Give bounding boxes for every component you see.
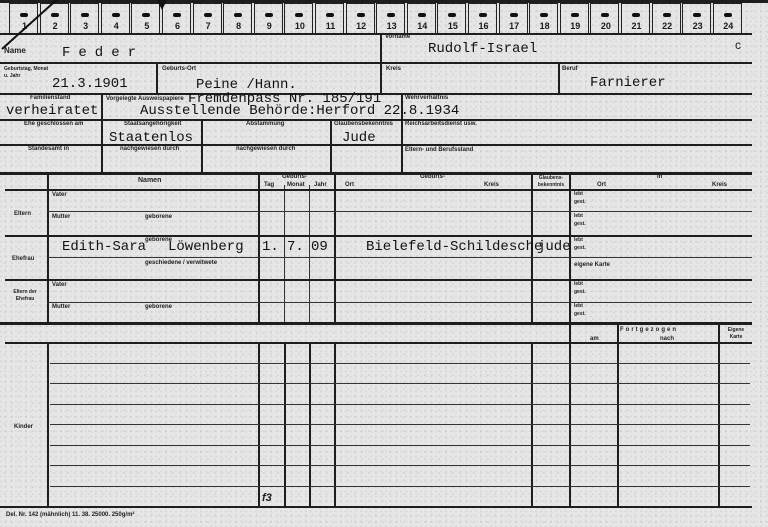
kinder-row-line <box>50 465 750 466</box>
vater-label: Vater <box>52 192 67 199</box>
punch-slot-icon <box>724 13 732 17</box>
lebt-label: lebt <box>574 281 583 288</box>
punch-slot-icon <box>540 13 548 17</box>
ehefrau-label: Ehefrau <box>12 256 34 263</box>
punch-slot-icon <box>693 13 701 17</box>
punch-slot-icon <box>510 13 518 17</box>
punch-hole-20: 20 <box>590 3 619 33</box>
arrow-marker-icon <box>157 0 167 10</box>
gest-label: gest. <box>574 199 586 206</box>
vorname-value: Rudolf-Israel <box>428 42 537 57</box>
punch-slot-icon <box>295 13 303 17</box>
name-value: Feder <box>62 46 144 61</box>
punch-slot-icon <box>81 13 89 17</box>
col-namen-header: Namen <box>138 177 161 184</box>
punch-number: 13 <box>377 21 406 31</box>
punch-hole-19: 19 <box>560 3 589 33</box>
col-geburts-header: Geburts- <box>282 174 307 181</box>
col-glaubens-header: Glaubens-bekenntnis <box>534 175 568 189</box>
eltern-ehefrau-label: Eltern der Ehefrau <box>10 289 40 303</box>
punch-number: 5 <box>132 21 161 31</box>
punch-hole-21: 21 <box>621 3 650 33</box>
punch-number: 12 <box>347 21 376 31</box>
col-jahr-header: Jahr <box>314 182 327 189</box>
jewish-registration-card: 123456789101112131415161718192021222324 … <box>0 0 768 527</box>
eigene-karte-label: eigene Karte <box>574 262 610 269</box>
lebt-label: lebt <box>574 303 583 310</box>
punch-hole-11: 11 <box>315 3 344 33</box>
geborene-label-1: geborene <box>145 214 172 221</box>
punch-slot-icon <box>448 13 456 17</box>
staatsangehoerigkeit-label: Staatsangehörigkeit <box>124 121 181 128</box>
ehefrau-nachname: Löwenberg <box>168 240 244 255</box>
punch-number: 23 <box>683 21 712 31</box>
punch-hole-14: 14 <box>407 3 436 33</box>
lebt-label: lebt <box>574 237 583 244</box>
punch-hole-23: 23 <box>682 3 711 33</box>
name-label: Name <box>4 47 26 54</box>
punch-slot-icon <box>142 13 150 17</box>
nachgewiesen-label-1: nachgewiesen durch <box>120 146 179 153</box>
kinder-row-line <box>50 383 750 384</box>
punch-hole-12: 12 <box>346 3 375 33</box>
punch-hole-8: 8 <box>223 3 252 33</box>
punch-number: 3 <box>71 21 100 31</box>
punch-hole-17: 17 <box>499 3 528 33</box>
punch-hole-24: 24 <box>713 3 742 33</box>
nachgewiesen-label-2: nachgewiesen durch <box>236 146 295 153</box>
punch-number: 21 <box>622 21 651 31</box>
familienstand-label: Familienstand <box>30 95 70 102</box>
reichsarbeitsdienst-label: Reichsarbeitsdienst usw. <box>405 121 477 128</box>
punch-slot-icon <box>112 13 120 17</box>
punch-slot-icon <box>265 13 273 17</box>
col-geburts2-header: Geburts- <box>420 174 445 181</box>
handwritten-mark: c <box>735 38 741 52</box>
ehefrau-ort: Bielefeld-Schildesche <box>366 240 542 255</box>
staatsangehoerigkeit-value: Staatenlos <box>109 131 193 146</box>
punch-hole-16: 16 <box>468 3 497 33</box>
lebt-label: lebt <box>574 191 583 198</box>
punch-slot-icon <box>387 13 395 17</box>
standesamt-label: Standesamt in <box>28 146 69 153</box>
geburtsort-label: Geburts-Ort <box>162 66 196 73</box>
punch-hole-3: 3 <box>70 3 99 33</box>
punch-hole-13: 13 <box>376 3 405 33</box>
familienstand-value: verheiratet <box>6 104 98 119</box>
gest-label: gest. <box>574 221 586 228</box>
vorname-label: Vorname <box>385 34 410 41</box>
punch-slot-icon <box>20 13 28 17</box>
punch-hole-2: 2 <box>40 3 69 33</box>
beruf-label: Beruf <box>562 66 578 73</box>
punch-slot-icon <box>632 13 640 17</box>
punch-number: 11 <box>316 21 345 31</box>
col-ort-header: Ort <box>345 182 354 189</box>
punch-hole-9: 9 <box>254 3 283 33</box>
abstammung-label: Abstammung <box>246 121 284 128</box>
punch-slot-icon <box>357 13 365 17</box>
kinder-label: Kinder <box>14 424 33 431</box>
geburtstag-label: Geburtstag, Monat u. Jahr <box>4 66 52 80</box>
ehefrau-jahr: 09 <box>311 240 328 255</box>
ehefrau-vorname: Edith-Sara <box>62 240 146 255</box>
eigene-karte-header: Eigene Karte <box>722 327 750 341</box>
geschiedene-label: geschiedene / verwitwete <box>145 260 217 267</box>
geburtstag-value: 21.3.1901 <box>52 77 128 92</box>
punch-hole-15: 15 <box>437 3 466 33</box>
glaubensbekenntnis-label: Glaubensbekenntnis <box>334 121 393 128</box>
eltern-berufsstand-label: Eltern- und Berufsstand <box>405 147 473 154</box>
punch-hole-7: 7 <box>193 3 222 33</box>
punch-number: 15 <box>438 21 467 31</box>
punch-slot-icon <box>418 13 426 17</box>
am-label: am <box>590 336 599 343</box>
punch-slot-icon <box>571 13 579 17</box>
punch-number: 6 <box>163 21 192 31</box>
col-ort2-header: Ort <box>597 182 606 189</box>
gest-label: gest. <box>574 245 586 252</box>
print-note: Del. Nr. 142 (mähnlich) 11. 38. 25000. 2… <box>6 512 134 519</box>
ehe-label: Ehe geschlossen am <box>24 121 83 128</box>
col-kreis-header: Kreis <box>484 182 499 189</box>
kinder-row-line <box>50 445 750 446</box>
punch-number: 10 <box>285 21 314 31</box>
ausweispapiere-line2: Ausstellende Behörde:Herford 22.8.1934 <box>140 104 459 119</box>
glaubensbekenntnis-value: Jude <box>342 131 376 146</box>
nach-label: nach <box>660 336 674 343</box>
ehefrau-monat: 7. <box>287 240 304 255</box>
geborene-label-3: geborene <box>145 304 172 311</box>
punch-number: 4 <box>102 21 131 31</box>
gest-label: gest. <box>574 311 586 318</box>
punch-slot-icon <box>173 13 181 17</box>
mutter-label: Mutter <box>52 214 70 221</box>
fortgezogen-label: Fortgezogen <box>620 327 678 334</box>
punch-number: 9 <box>255 21 284 31</box>
punch-number: 16 <box>469 21 498 31</box>
punch-slot-icon <box>601 13 609 17</box>
col-kreis2-header: Kreis <box>712 182 727 189</box>
punch-hole-22: 22 <box>652 3 681 33</box>
gest-label: gest. <box>574 289 586 296</box>
col-tag-header: Tag <box>264 182 274 189</box>
lebt-label: lebt <box>574 213 583 220</box>
eltern-label: Eltern <box>14 211 31 218</box>
punch-number: 7 <box>194 21 223 31</box>
ausweispapiere-label: Vorgelegte Ausweispapiere <box>106 96 184 103</box>
punch-number: 14 <box>408 21 437 31</box>
ehefrau-glaube: jude <box>537 240 571 255</box>
punch-number: 24 <box>714 21 743 31</box>
punch-hole-4: 4 <box>101 3 130 33</box>
punch-slot-icon <box>663 13 671 17</box>
punch-number: 2 <box>41 21 70 31</box>
punch-slot-icon <box>234 13 242 17</box>
punch-number: 20 <box>591 21 620 31</box>
kinder-row-line <box>50 404 750 405</box>
mutter-label-2: Mutter <box>52 304 70 311</box>
beruf-value: Farnierer <box>590 76 666 91</box>
punch-slot-icon <box>479 13 487 17</box>
col-monat-header: Monat <box>287 182 305 189</box>
punch-number: 22 <box>653 21 682 31</box>
ehefrau-tag: 1. <box>262 240 279 255</box>
kinder-row-line <box>50 486 750 487</box>
kinder-row-line <box>50 363 750 364</box>
punch-number: 18 <box>530 21 559 31</box>
kreis-label: Kreis <box>386 66 401 73</box>
handwritten-mark-f3: f3 <box>262 492 272 504</box>
punch-hole-18: 18 <box>529 3 558 33</box>
col-in-header: In <box>657 174 662 181</box>
wehrverhaeltnis-label: Wehrverhältnis <box>405 95 448 102</box>
vater-label-2: Vater <box>52 282 67 289</box>
punch-slot-icon <box>326 13 334 17</box>
punch-number: 8 <box>224 21 253 31</box>
punch-hole-10: 10 <box>284 3 313 33</box>
punch-number: 19 <box>561 21 590 31</box>
punch-number: 17 <box>500 21 529 31</box>
punch-slot-icon <box>51 13 59 17</box>
punch-slot-icon <box>204 13 212 17</box>
kinder-row-line <box>50 424 750 425</box>
